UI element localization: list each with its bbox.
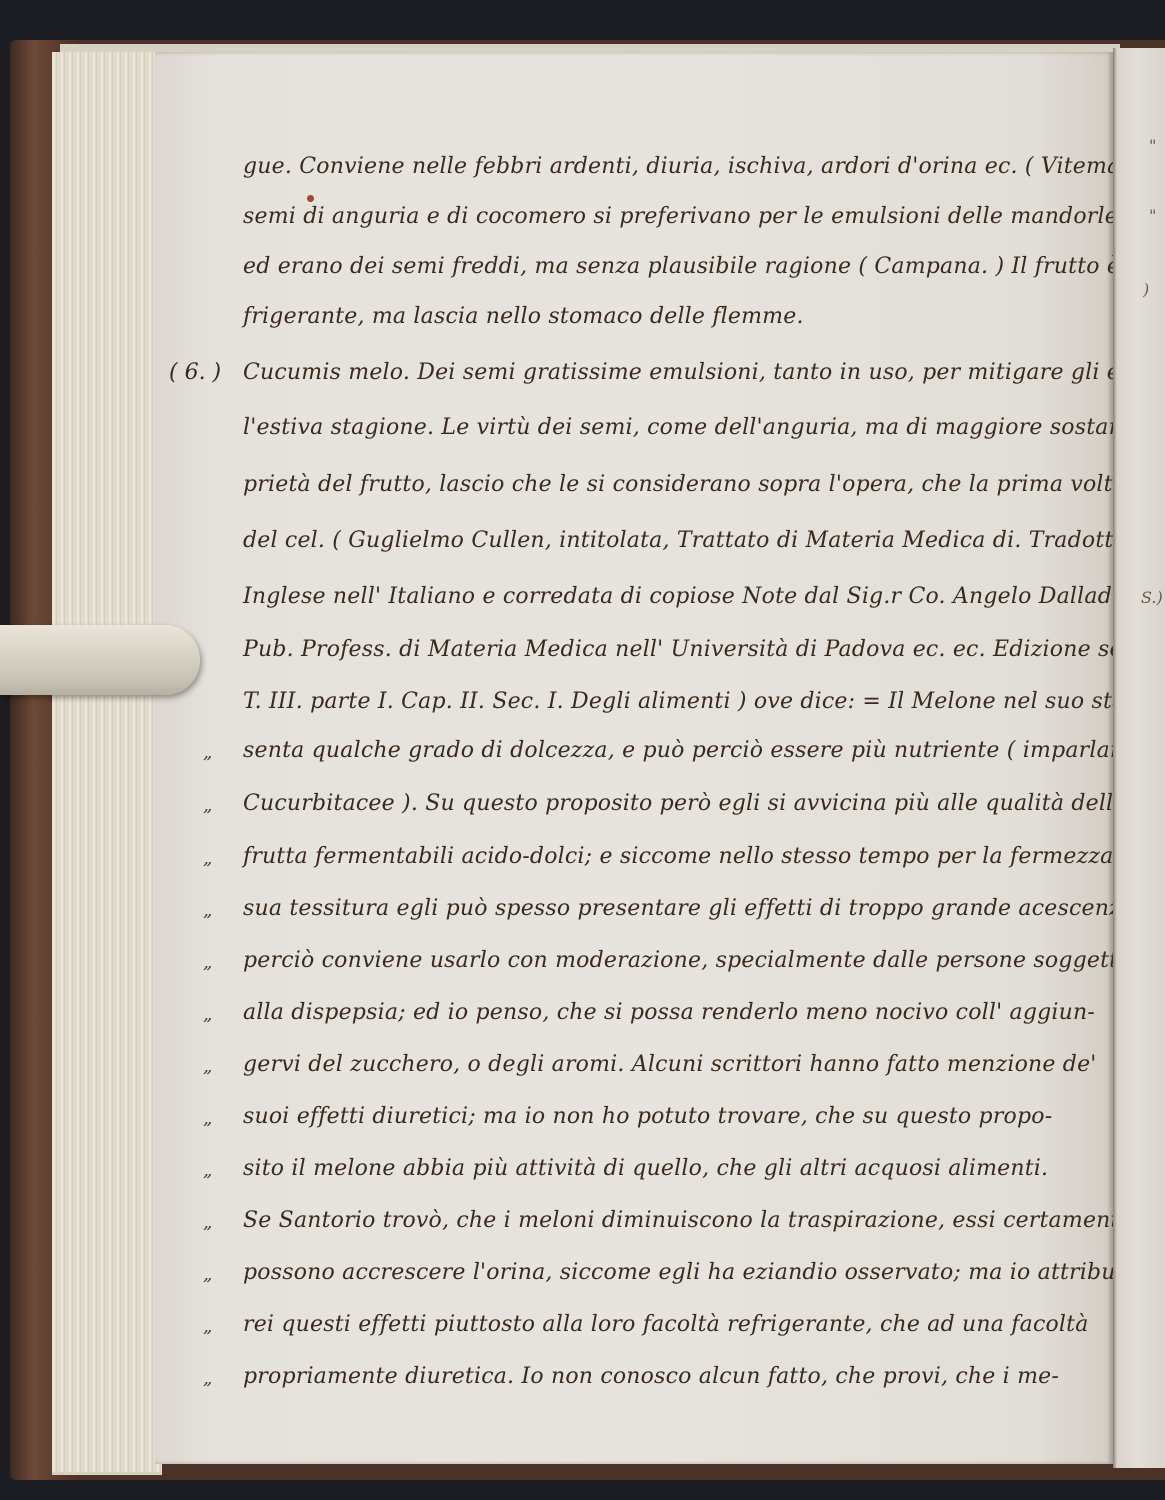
text-line-24: propriamente diuretica. Io non conosco a…	[243, 1364, 1059, 1389]
facing-page-mark: S.)	[1141, 588, 1163, 607]
facing-page-edge: " " ) S.)	[1113, 48, 1165, 1468]
facing-page-mark: "	[1149, 206, 1156, 225]
quote-mark: „	[203, 952, 212, 973]
text-line-6: l'estiva stagione. Le virtù dei semi, co…	[243, 415, 1165, 440]
quote-mark: „	[203, 1160, 212, 1181]
bone-page-holder	[0, 625, 200, 695]
quote-mark: „	[203, 1316, 212, 1337]
text-line-7: prietà del frutto, lascio che le si cons…	[243, 472, 1165, 497]
quote-mark: „	[203, 742, 212, 763]
text-line-16: perciò conviene usarlo con moderazione, …	[243, 948, 1131, 973]
text-line-18: gervi del zucchero, o degli aromi. Alcun…	[243, 1052, 1097, 1077]
quote-mark: „	[203, 1004, 212, 1025]
facing-page-mark: )	[1143, 280, 1149, 299]
text-line-1: gue. Conviene nelle febbri ardenti, diur…	[243, 154, 1165, 179]
text-line-17: alla dispepsia; ed io penso, che si poss…	[243, 1000, 1095, 1025]
text-line-23: rei questi effetti piuttosto alla loro f…	[243, 1312, 1089, 1337]
page-stack-edges	[52, 52, 162, 1475]
text-line-8: del cel. ( Guglielmo Cullen, intitolata,…	[243, 528, 1165, 553]
quote-mark: „	[203, 1108, 212, 1129]
text-line-2: semi di anguria e di cocomero si preferi…	[243, 204, 1125, 229]
ink-stain	[307, 195, 314, 202]
quote-mark: „	[203, 1212, 212, 1233]
text-line-12: senta qualche grado di dolcezza, e può p…	[243, 738, 1165, 763]
text-line-15: sua tessitura egli può spesso presentare…	[243, 896, 1141, 921]
quote-mark: „	[203, 848, 212, 869]
note-number: ( 6. )	[169, 360, 221, 385]
quote-mark: „	[203, 1368, 212, 1389]
text-line-11: T. III. parte I. Cap. II. Sec. I. Degli …	[243, 689, 1165, 714]
manuscript-page: gue. Conviene nelle febbri ardenti, diur…	[155, 52, 1113, 1464]
text-line-9: Inglese nell' Italiano e corredata di co…	[243, 584, 1165, 609]
text-line-14: frutta fermentabili acido-dolci; e sicco…	[243, 844, 1165, 869]
quote-mark: „	[203, 1264, 212, 1285]
quote-mark: „	[203, 900, 212, 921]
quote-mark: „	[203, 1056, 212, 1077]
text-line-3: ed erano dei semi freddi, ma senza plaus…	[243, 254, 1159, 279]
text-line-21: Se Santorio trovò, che i meloni diminuis…	[243, 1208, 1133, 1233]
text-line-19: suoi effetti diuretici; ma io non ho pot…	[243, 1104, 1052, 1129]
quote-mark: „	[203, 795, 212, 816]
text-line-20: sito il melone abbia più attività di que…	[243, 1156, 1048, 1181]
text-line-22: possono accrescere l'orina, siccome egli…	[243, 1260, 1131, 1285]
text-line-5: Cucumis melo. Dei semi gratissime emulsi…	[243, 360, 1165, 385]
text-line-10: Pub. Profess. di Materia Medica nell' Un…	[243, 637, 1165, 662]
text-line-13: Cucurbitacee ). Su questo proposito però…	[243, 791, 1127, 816]
text-line-4: frigerante, ma lascia nello stomaco dell…	[243, 304, 804, 329]
facing-page-mark: "	[1149, 136, 1156, 155]
